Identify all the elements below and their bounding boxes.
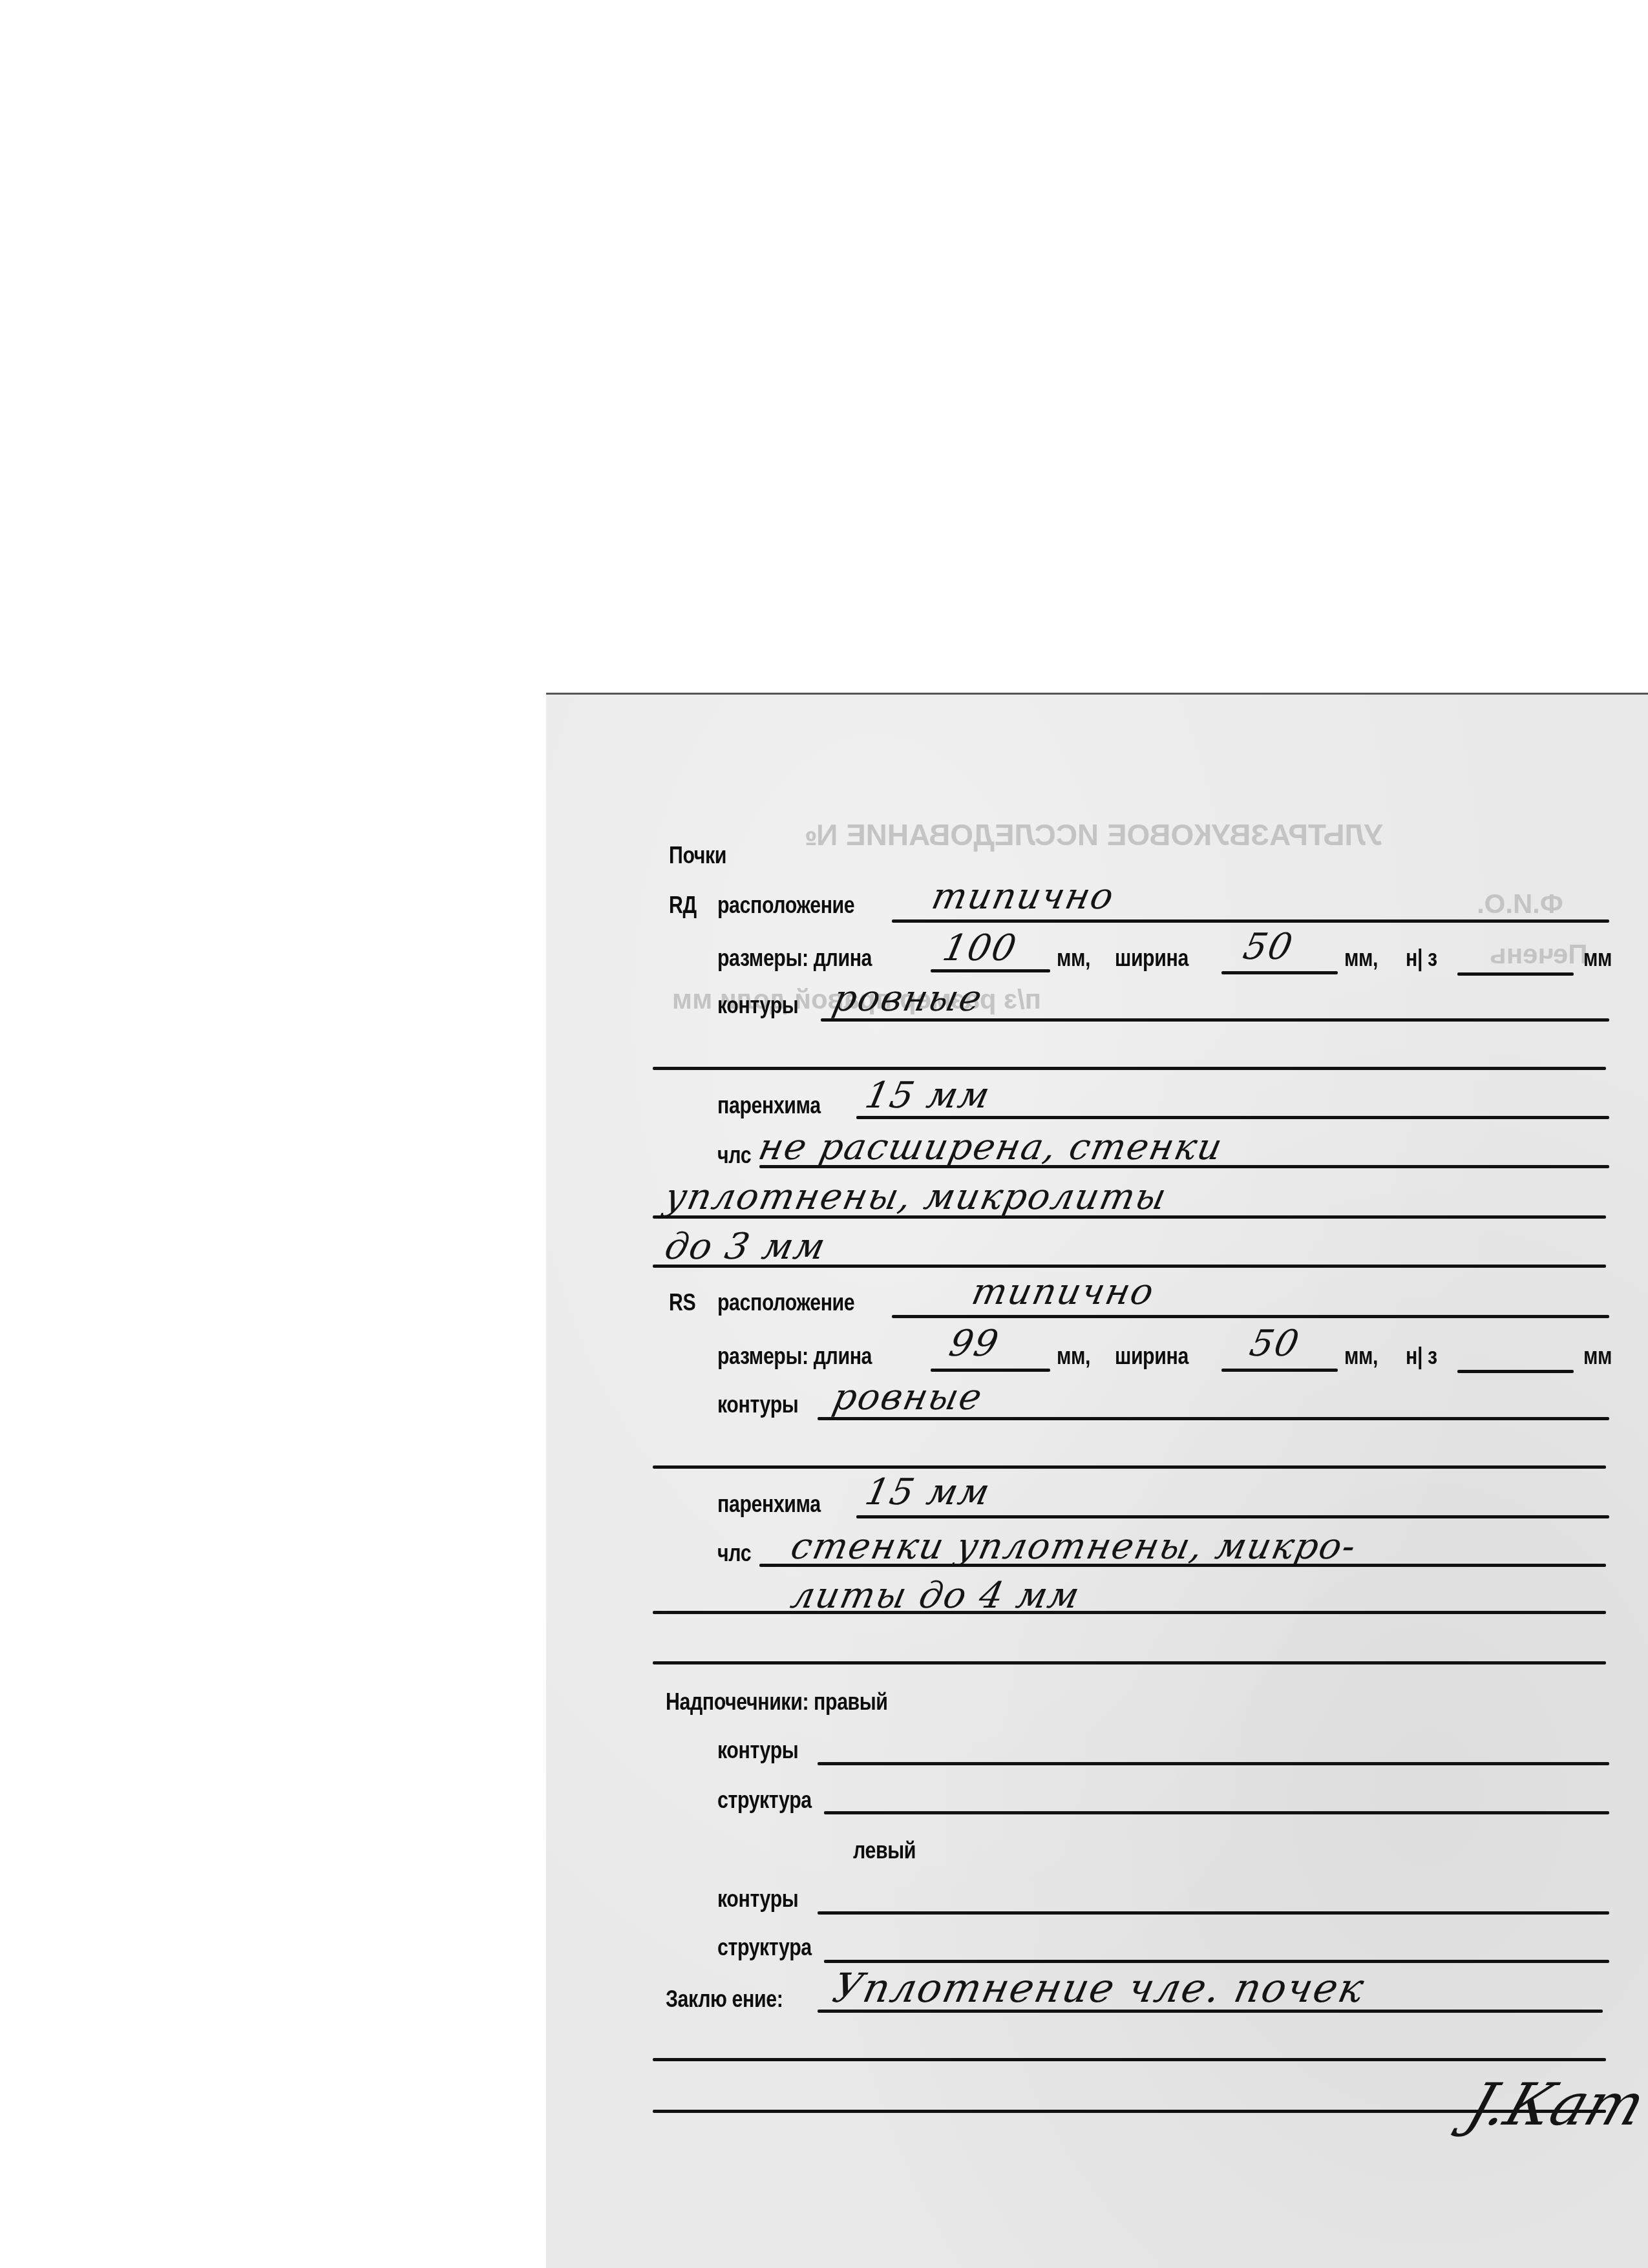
rs-contours-value[interactable]: ровные [829,1376,987,1418]
rs-location-label: расположение [717,1289,854,1316]
rd-pcs-line-2 [653,1215,1606,1219]
section-title-kidneys: Почки [669,842,726,869]
rd-depth-label: н| з [1406,945,1437,972]
adrenal-right-contours-label: контуры [717,1737,798,1764]
rd-contours-line [821,1018,1609,1022]
adrenal-left-contours-label: контуры [717,1885,798,1913]
rs-width-value[interactable]: 50 [1246,1323,1304,1365]
rd-contours-value[interactable]: ровные [829,978,987,1020]
rs-mm-2: мм, [1344,1343,1378,1370]
rd-contours-line-2 [653,1067,1606,1070]
rd-pcs-value-1[interactable]: не расширена, стенки [755,1126,1227,1168]
rs-length-value[interactable]: 99 [945,1323,1003,1365]
rd-length-value[interactable]: 100 [939,927,1021,969]
rd-mm-1: мм, [1057,945,1090,972]
rs-depth-line[interactable] [1457,1370,1574,1373]
doctor-signature: J.Кат [1459,2071,1648,2139]
adrenal-left-label: левый [853,1837,916,1864]
rs-width-line [1221,1369,1338,1372]
rs-depth-label: н| з [1406,1343,1437,1370]
conclusion-value[interactable]: Уплотнение чле. почек [829,1964,1369,2011]
rs-contours-line [818,1417,1609,1420]
rs-pcs-line-3 [653,1661,1606,1664]
conclusion-line-1 [818,2010,1603,2013]
rd-width-label: ширина [1115,945,1188,972]
rd-code: RД [669,892,697,919]
rd-size-label: размеры: длина [717,945,872,972]
form-sheet: УЛЬТРАЗВУКОВОЕ ИССЛЕДОВАНИЕ № Ф.И.О. Печ… [546,693,1648,2268]
conclusion-line-3 [653,2110,1606,2113]
rd-location-label: расположение [717,892,854,919]
adrenal-left-structure-label: структура [717,1934,812,1961]
adrenal-right-structure-label: структура [717,1787,812,1814]
rs-parenchyma-value[interactable]: 15 мм [861,1471,995,1513]
rs-parenchyma-label: паренхима [717,1491,821,1518]
rs-size-label: размеры: длина [717,1343,872,1370]
rd-parenchyma-label: паренхима [717,1092,821,1119]
conclusion-line-2 [653,2058,1606,2061]
rs-pcs-line-2 [653,1611,1606,1614]
rd-location-value[interactable]: типично [928,876,1119,918]
rd-contours-label: контуры [717,992,798,1019]
rs-contours-label: контуры [717,1391,798,1418]
rd-location-line [892,919,1609,923]
bleed-through-fio: Ф.И.О. [1477,888,1563,919]
adrenals-title: Надпочечники: правый [666,1688,888,1716]
rd-mm-2: мм, [1344,945,1378,972]
rs-length-line [931,1369,1050,1372]
adrenal-left-structure-line[interactable] [824,1960,1609,1963]
rd-pcs-value-2[interactable]: уплотнены, микролиты [661,1176,1171,1218]
rd-depth-line[interactable] [1457,972,1574,976]
bleed-through-title: УЛЬТРАЗВУКОВОЕ ИССЛЕДОВАНИЕ № [805,817,1383,852]
rs-width-label: ширина [1115,1343,1188,1370]
rd-mm-3: мм [1583,945,1612,972]
bleed-through-liver: Печень [1490,939,1587,970]
rs-mm-3: мм [1583,1343,1612,1370]
conclusion-label: Заклю ение: [666,1986,783,2013]
rs-location-value[interactable]: типично [968,1271,1159,1313]
rd-pcs-line-3 [653,1265,1606,1268]
rd-pcs-value-3[interactable]: до 3 мм [661,1226,830,1268]
rs-mm-1: мм, [1057,1343,1090,1370]
rs-code: RS [669,1289,695,1316]
rs-location-line [892,1315,1609,1318]
adrenal-left-contours-line[interactable] [818,1911,1609,1915]
adrenal-right-structure-line[interactable] [824,1811,1609,1814]
rd-parenchyma-line [856,1116,1609,1119]
rd-parenchyma-value[interactable]: 15 мм [861,1075,995,1117]
rs-pcs-label: члс [717,1540,751,1567]
rs-parenchyma-line [856,1515,1609,1518]
rs-pcs-line-1 [759,1564,1606,1567]
rd-width-line [1221,971,1338,974]
rs-contours-line-2 [653,1465,1606,1469]
rd-pcs-label: члс [717,1142,751,1169]
rs-pcs-value-1[interactable]: стенки уплотнены, микро- [787,1526,1360,1568]
rd-width-value[interactable]: 50 [1240,926,1297,968]
adrenal-right-contours-line[interactable] [818,1762,1609,1765]
rd-pcs-line-1 [759,1165,1609,1168]
rd-length-line [931,969,1050,972]
